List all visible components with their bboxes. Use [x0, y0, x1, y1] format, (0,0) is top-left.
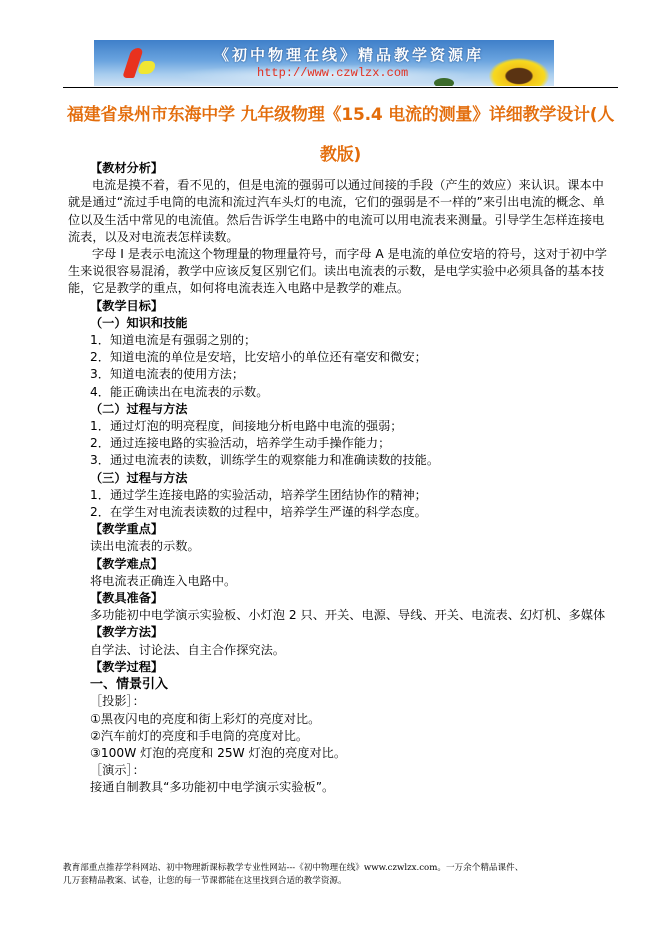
subheading-process-methods: （二）过程与方法	[90, 401, 615, 418]
heading-equipment: 【教具准备】	[90, 590, 615, 607]
methods-text: 自学法、讨论法、自主合作探究法。	[90, 642, 615, 659]
paragraph-text: 字母 I 是表示电流这个物理量的物理量符号，而字母 A 是电流的单位安培的符号，…	[68, 246, 615, 298]
heading-methods: 【教学方法】	[90, 624, 615, 641]
paragraph: 电流是摸不着，看不见的，但是电流的强弱可以通过间接的手段（产生的效应）来认识。课…	[68, 177, 615, 246]
list-item: 3．知道电流表的使用方法；	[90, 366, 615, 383]
list-item: ③100W 灯泡的亮度和 25W 灯泡的亮度对比。	[90, 745, 615, 762]
list-item: ②汽车前灯的亮度和手电筒的亮度对比。	[90, 728, 615, 745]
list-item: 4．能正确读出在电流表的示数。	[90, 384, 615, 401]
list-item: 2．知道电流的单位是安培，比安培小的单位还有毫安和微安；	[90, 349, 615, 366]
heading-material-analysis: 【教材分析】	[90, 160, 615, 177]
logo-accent-icon	[136, 61, 158, 74]
subheading-knowledge-skills: （一）知识和技能	[90, 315, 615, 332]
paragraph-text: 电流是摸不着，看不见的，但是电流的强弱可以通过间接的手段（产生的效应）来认识。课…	[68, 177, 615, 246]
page-footer: 教育部重点推荐学科网站、初中物理新课标教学专业性网站---《初中物理在线》www…	[63, 862, 618, 888]
sunflower-icon	[489, 58, 549, 86]
leaf-icon	[434, 78, 454, 86]
subheading-scenario-intro: 一、情景引入	[90, 676, 615, 693]
heading-process: 【教学过程】	[90, 659, 615, 676]
list-item: 1．知道电流是有强弱之别的；	[90, 332, 615, 349]
key-point-text: 读出电流表的示数。	[90, 538, 615, 555]
heading-objectives: 【教学目标】	[90, 298, 615, 315]
footer-line: 教育部重点推荐学科网站、初中物理新课标教学专业性网站---《初中物理在线》www…	[63, 862, 618, 875]
banner-url[interactable]: http://www.czwlzx.com	[257, 66, 408, 80]
demo-text: 接通自制教具“多功能初中电学演示实验板”。	[90, 779, 615, 796]
projection-label: ［投影］：	[90, 693, 615, 710]
banner-title: 《初中物理在线》精品教学资源库	[214, 44, 484, 65]
list-item: 1．通过学生连接电路的实验活动，培养学生团结协作的精神；	[90, 487, 615, 504]
list-item: ①黑夜闪电的亮度和街上彩灯的亮度对比。	[90, 711, 615, 728]
list-item: 1．通过灯泡的明亮程度，间接地分析电路中电流的强弱；	[90, 418, 615, 435]
header-banner: 《初中物理在线》精品教学资源库 http://www.czwlzx.com	[94, 40, 554, 86]
footer-line: 几万套精品教案、试卷，让您的每一节课都能在这里找到合适的教学资源。	[63, 875, 618, 888]
equipment-text: 多功能初中电学演示实验板、小灯泡 2 只、开关、电源、导线、开关、电流表、幻灯机…	[90, 607, 615, 624]
header-divider	[63, 87, 618, 88]
list-item: 2．在学生对电流表读数的过程中，培养学生严谨的科学态度。	[90, 504, 615, 521]
subheading-process-methods-3: （三）过程与方法	[90, 470, 615, 487]
document-body: 【教材分析】 电流是摸不着，看不见的，但是电流的强弱可以通过间接的手段（产生的效…	[90, 160, 615, 797]
heading-difficulty: 【教学难点】	[90, 556, 615, 573]
difficulty-text: 将电流表正确连入电路中。	[90, 573, 615, 590]
list-item: 2．通过连接电路的实验活动，培养学生动手操作能力；	[90, 435, 615, 452]
demo-label: ［演示］：	[90, 762, 615, 779]
heading-key-point: 【教学重点】	[90, 521, 615, 538]
paragraph: 字母 I 是表示电流这个物理量的物理量符号，而字母 A 是电流的单位安培的符号，…	[68, 246, 615, 298]
list-item: 3．通过电流表的读数，训练学生的观察能力和准确读数的技能。	[90, 452, 615, 469]
